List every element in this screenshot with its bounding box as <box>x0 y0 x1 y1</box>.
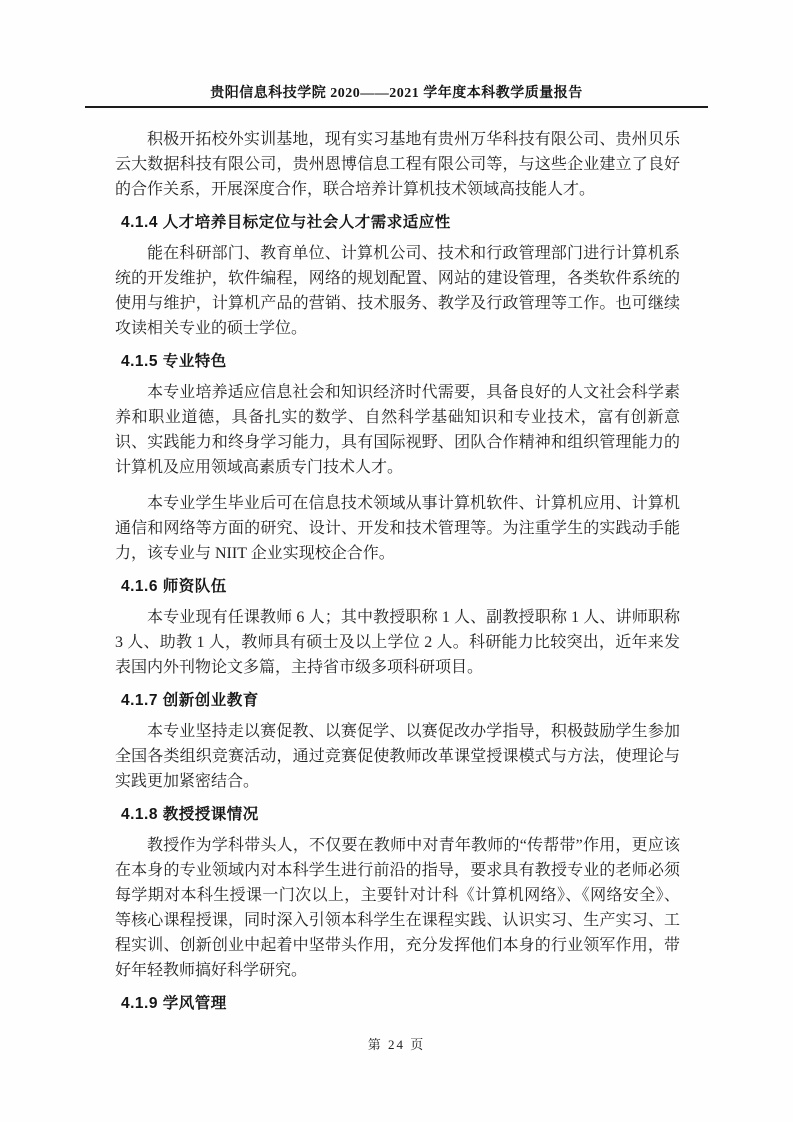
section-heading-4-1-5: 4.1.5 专业特色 <box>115 350 680 374</box>
section-heading-4-1-7: 4.1.7 创新创业教育 <box>115 689 680 713</box>
section-heading-4-1-8: 4.1.8 教授授课情况 <box>115 803 680 827</box>
paragraph-major-features-1: 本专业培养适应信息社会和知识经济时代需要，具备良好的人文社会科学素养和职业道德，… <box>115 380 680 480</box>
document-page: 贵阳信息科技学院 2020——2021 学年度本科教学质量报告 积极开拓校外实训… <box>0 0 793 1122</box>
document-body: 积极开拓校外实训基地，现有实习基地有贵州万华科技有限公司、贵州贝乐云大数据科技有… <box>115 127 680 1022</box>
paragraph-major-features-2: 本专业学生毕业后可在信息技术领域从事计算机软件、计算机应用、计算机通信和网络等方… <box>115 491 680 566</box>
page-number-label: 第 24 页 <box>368 1037 426 1052</box>
header-title: 贵阳信息科技学院 2020——2021 学年度本科教学质量报告 <box>85 82 708 102</box>
paragraph-faculty: 本专业现有任课教师 6 人；其中教授职称 1 人、副教授职称 1 人、讲师职称 … <box>115 605 680 680</box>
section-heading-4-1-6: 4.1.6 师资队伍 <box>115 575 680 599</box>
paragraph-professor-teaching: 教授作为学科带头人，不仅要在教师中对青年教师的“传帮带”作用，更应该在本身的专业… <box>115 833 680 983</box>
paragraph-innovation-education: 本专业坚持走以赛促教、以赛促学、以赛促改办学指导，积极鼓励学生参加全国各类组织竞… <box>115 719 680 794</box>
page-header: 贵阳信息科技学院 2020——2021 学年度本科教学质量报告 <box>85 82 708 108</box>
paragraph-career-positioning: 能在科研部门、教育单位、计算机公司、技术和行政管理部门进行计算机系统的开发维护，… <box>115 241 680 341</box>
section-heading-4-1-4: 4.1.4 人才培养目标定位与社会人才需求适应性 <box>115 211 680 235</box>
header-rule <box>85 106 708 108</box>
paragraph-training-bases: 积极开拓校外实训基地，现有实习基地有贵州万华科技有限公司、贵州贝乐云大数据科技有… <box>115 127 680 202</box>
section-heading-4-1-9: 4.1.9 学风管理 <box>115 992 680 1016</box>
page-footer: 第 24 页 <box>0 1034 793 1053</box>
